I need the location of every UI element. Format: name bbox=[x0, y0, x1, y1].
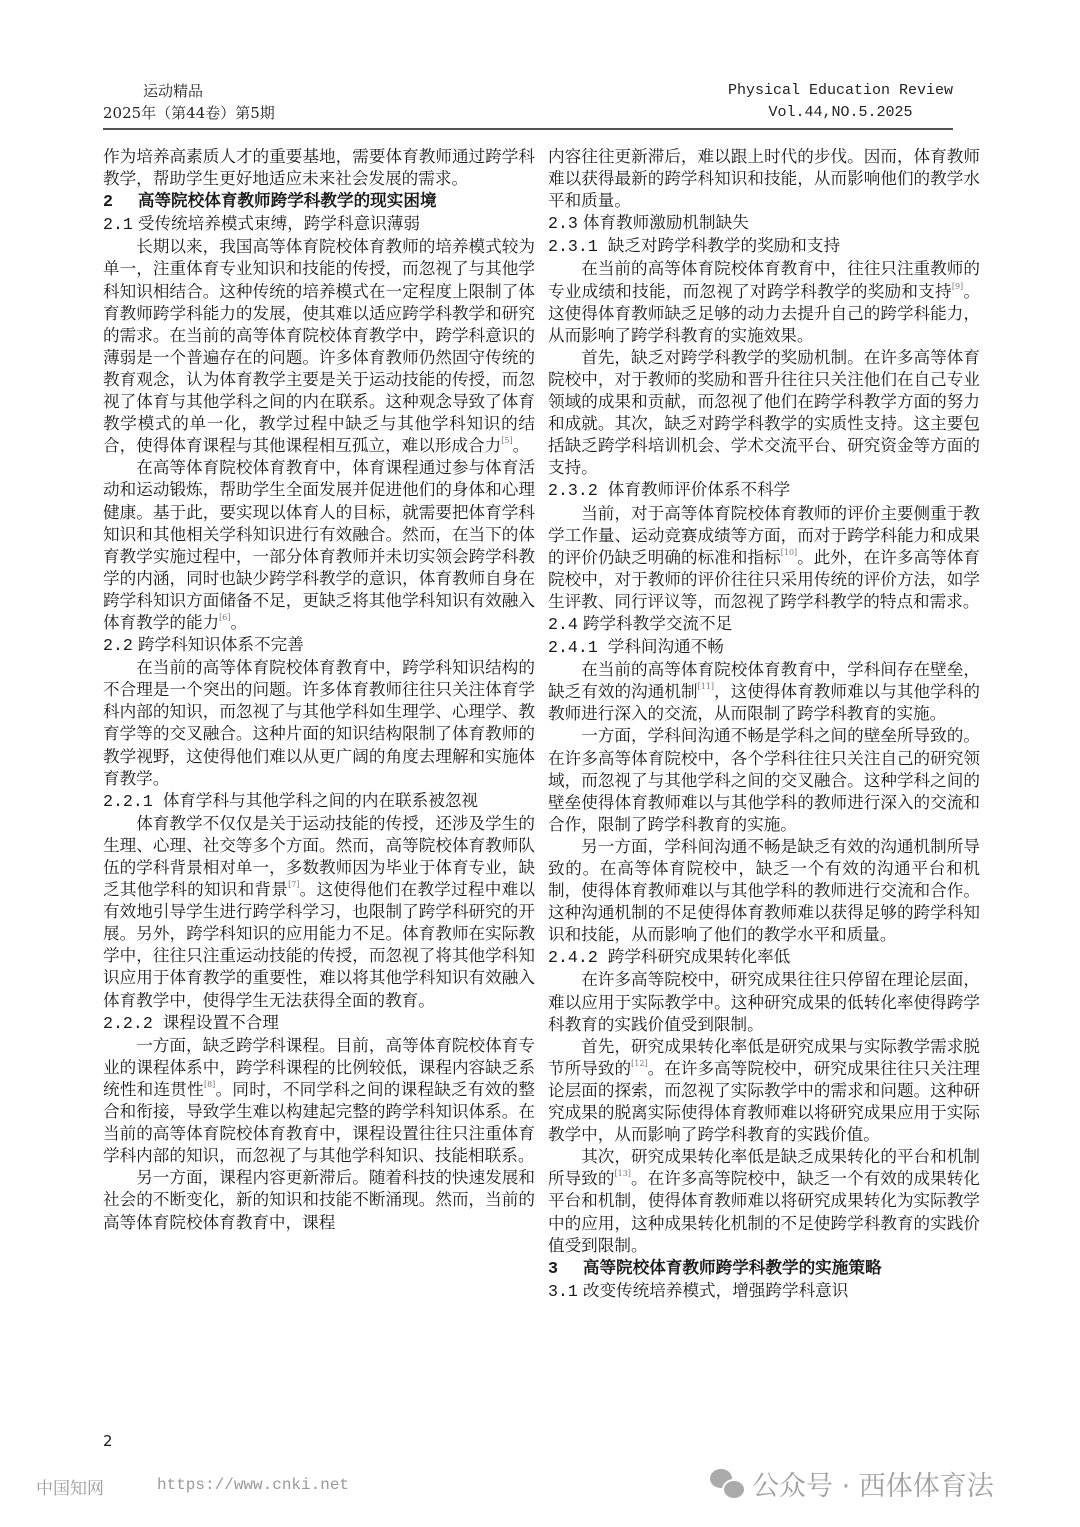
section-heading-2-2-1: 2.2.1体育学科与其他学科之间的内在联系被忽视 bbox=[103, 790, 535, 813]
paragraph: 内容往往更新滞后，难以跟上时代的步伐。因而，体育教师难以获得最新的跨学科知识和技… bbox=[548, 146, 980, 212]
paragraph: 首先，研究成果转化率低是研究成果与实际教学需求脱节所导致的[12]。在许多高等院… bbox=[548, 1036, 980, 1146]
paragraph: 首先，缺乏对跨学科教学的奖励机制。在许多高等体育院校中，对于教师的奖励和晋升往往… bbox=[548, 347, 980, 480]
issue-info-en: Vol.44,NO.5.2025 bbox=[728, 102, 953, 124]
section-heading-2-3: 2.3体育教师激励机制缺失 bbox=[548, 212, 980, 235]
citation-11[interactable]: [11] bbox=[698, 682, 714, 691]
header-right: Physical Education Review Vol.44,NO.5.20… bbox=[728, 80, 953, 124]
section-heading-2-4: 2.4跨学科教学交流不足 bbox=[548, 613, 980, 636]
journal-name-cn: 运动精品 bbox=[103, 80, 275, 102]
watermark: 公众号 · 西体体育法 bbox=[710, 1464, 994, 1503]
paragraph: 在当前的高等体育院校体育教育中，往往只注重教师的专业成绩和技能，而忽视了对跨学科… bbox=[548, 258, 980, 346]
section-heading-3-1: 3.1改变传统培养模式，增强跨学科意识 bbox=[548, 1280, 980, 1303]
footer: 中国知网 https://www.cnki.net 公众号 · 西体体育法 bbox=[0, 1460, 1080, 1510]
citation-9[interactable]: [9] bbox=[952, 282, 963, 291]
citation-5[interactable]: [5] bbox=[501, 436, 512, 445]
header-left: 运动精品 2025年（第44卷）第5期 bbox=[103, 80, 275, 124]
citation-12[interactable]: [12] bbox=[631, 1059, 647, 1068]
paragraph: 一方面，缺乏跨学科课程。目前，高等体育院校体育专业的课程体系中，跨学科课程的比例… bbox=[103, 1035, 535, 1168]
paragraph: 体育教学不仅仅是关于运动技能的传授，还涉及学生的生理、心理、社交等多个方面。然而… bbox=[103, 813, 535, 1012]
section-heading-2-2: 2.2跨学科知识体系不完善 bbox=[103, 634, 535, 657]
paragraph: 一方面，学科间沟通不畅是学科之间的壁垒所导致的。在许多高等体育院校中，各个学科往… bbox=[548, 725, 980, 835]
citation-6[interactable]: [6] bbox=[219, 613, 230, 622]
paragraph: 当前，对于高等体育院校体育教师的评价主要侧重于教学工作量、运动竞赛成绩等方面，而… bbox=[548, 503, 980, 613]
paragraph: 另一方面，课程内容更新滞后。随着科技的快速发展和社会的不断变化，新的知识和技能不… bbox=[103, 1167, 535, 1233]
citation-7[interactable]: [7] bbox=[288, 880, 299, 889]
section-heading-2-4-1: 2.4.1学科间沟通不畅 bbox=[548, 636, 980, 659]
paragraph: 在当前的高等体育院校体育教育中，学科间存在壁垒，缺乏有效的沟通机制[11]，这使… bbox=[548, 659, 980, 725]
source-url[interactable]: https://www.cnki.net bbox=[157, 1476, 349, 1494]
running-header: 运动精品 2025年（第44卷）第5期 Physical Education R… bbox=[103, 80, 953, 130]
section-heading-2-3-1: 2.3.1缺乏对跨学科教学的奖励和支持 bbox=[548, 235, 980, 258]
section-heading-2: 2高等院校体育教师跨学科教学的现实困境 bbox=[103, 190, 535, 213]
wechat-icon bbox=[710, 1469, 744, 1499]
paragraph: 在高等体育院校体育教育中，体育课程通过参与体育活动和运动锻炼，帮助学生全面发展并… bbox=[103, 457, 535, 634]
paragraph: 另一方面，学科间沟通不畅是缺乏有效的沟通机制所导致的。在高等体育院校中，缺乏一个… bbox=[548, 836, 980, 946]
paragraph: 长期以来，我国高等体育院校体育教师的培养模式较为单一，注重体育专业知识和技能的传… bbox=[103, 236, 535, 457]
watermark-text: 公众号 · 西体体育法 bbox=[752, 1464, 994, 1503]
section-heading-2-3-2: 2.3.2体育教师评价体系不科学 bbox=[548, 479, 980, 502]
section-heading-2-2-2: 2.2.2课程设置不合理 bbox=[103, 1012, 535, 1035]
source-name: 中国知网 bbox=[36, 1474, 104, 1499]
paragraph: 在当前的高等体育院校体育教育中，跨学科知识结构的不合理是一个突出的问题。许多体育… bbox=[103, 657, 535, 790]
page-number: 2 bbox=[103, 1432, 113, 1450]
paragraph: 作为培养高素质人才的重要基地，需要体育教师通过跨学科教学，帮助学生更好地适应未来… bbox=[103, 146, 535, 190]
section-heading-2-4-2: 2.4.2跨学科研究成果转化率低 bbox=[548, 946, 980, 969]
issue-info-cn: 2025年（第44卷）第5期 bbox=[103, 102, 275, 124]
left-column: 作为培养高素质人才的重要基地，需要体育教师通过跨学科教学，帮助学生更好地适应未来… bbox=[103, 146, 535, 1234]
section-heading-3: 3高等院校体育教师跨学科教学的实施策略 bbox=[548, 1257, 980, 1280]
citation-13[interactable]: [13] bbox=[615, 1169, 631, 1178]
right-column: 内容往往更新滞后，难以跟上时代的步伐。因而，体育教师难以获得最新的跨学科知识和技… bbox=[548, 146, 980, 1303]
journal-name-en: Physical Education Review bbox=[728, 80, 953, 102]
citation-10[interactable]: [10] bbox=[781, 548, 797, 557]
paragraph: 其次，研究成果转化率低是缺乏成果转化的平台和机制所导致的[13]。在许多高等院校… bbox=[548, 1146, 980, 1256]
citation-8[interactable]: [8] bbox=[204, 1080, 215, 1089]
section-heading-2-1: 2.1受传统培养模式束缚，跨学科意识薄弱 bbox=[103, 213, 535, 236]
paragraph: 在许多高等院校中，研究成果往往只停留在理论层面，难以应用于实际教学中。这种研究成… bbox=[548, 969, 980, 1035]
